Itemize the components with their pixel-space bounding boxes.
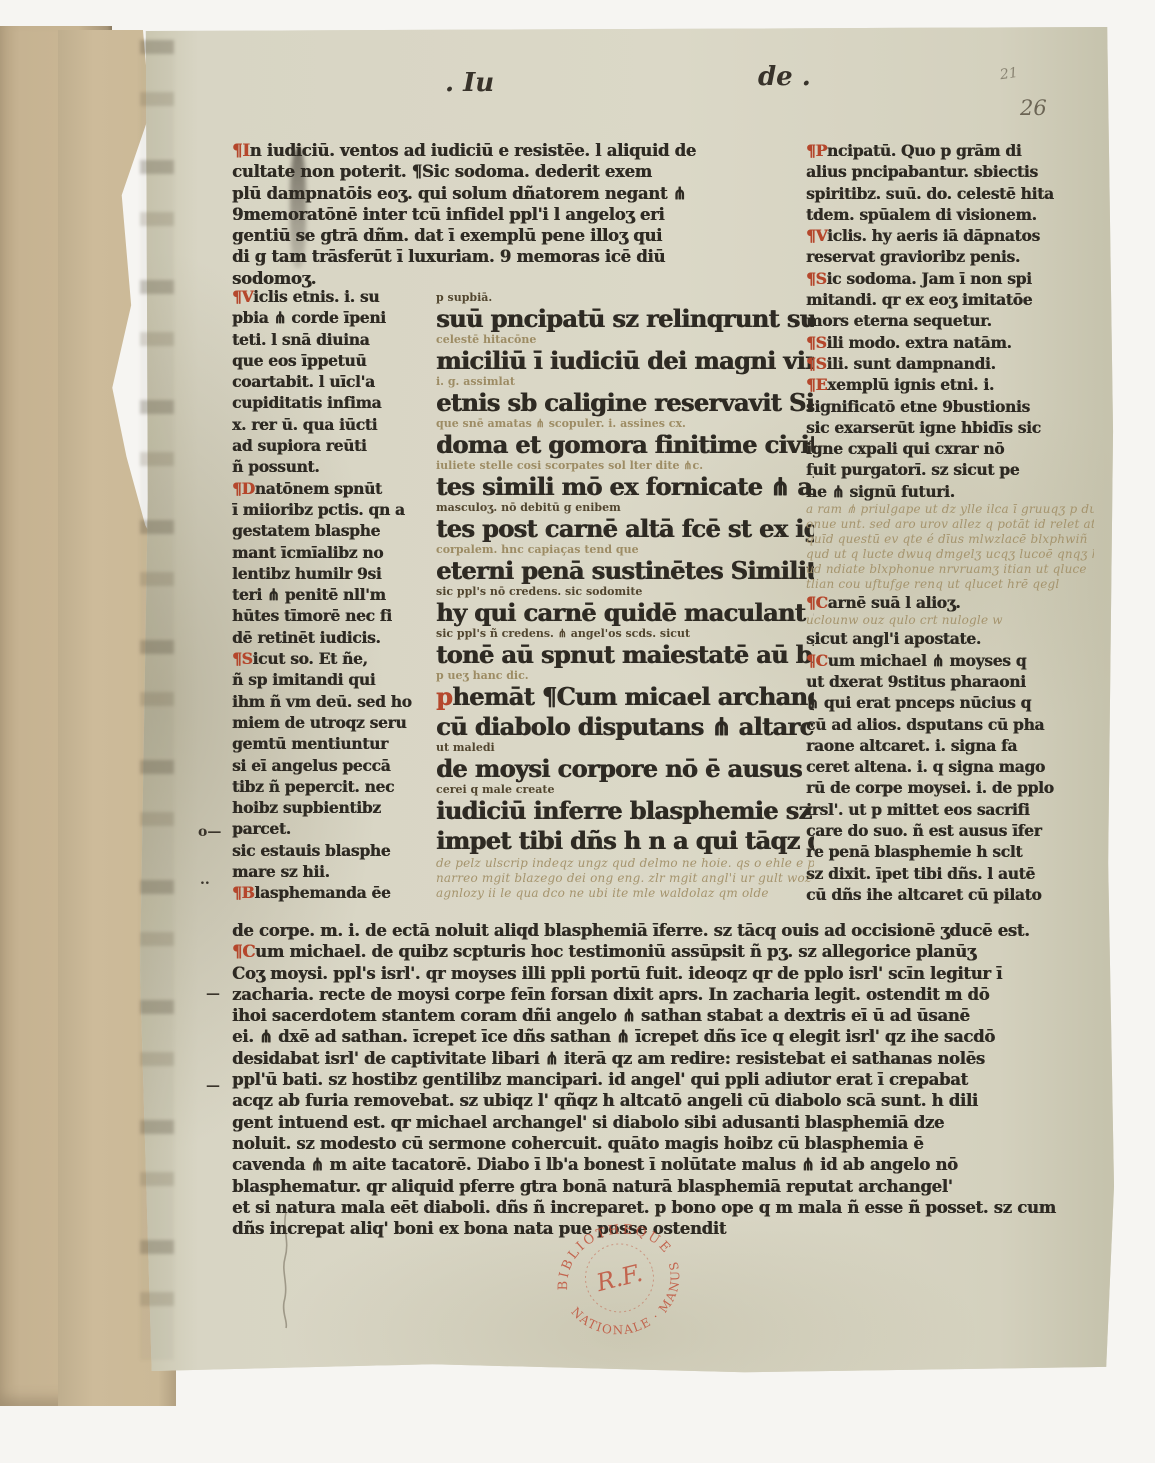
text-line: ¶Dnatōnem spnūt: [232, 478, 432, 499]
text-line: narreo mgit blazego dei ong eng. zlr mgi…: [436, 871, 814, 886]
text-line: ¶Viclis. hy aeris iā dāpnatos: [806, 225, 1094, 246]
right-gloss-column: ¶Pncipatū. Quo p grām dialius pncipabant…: [806, 140, 1094, 905]
running-title-right: de .: [758, 62, 811, 92]
text-line: ¶Sicut so. Et ñe,: [232, 648, 432, 669]
folio-number: 26: [1020, 96, 1047, 120]
text-line: de pelz ulscrip indeqz ungz qud delmo ne…: [436, 856, 814, 871]
margin-mark: —: [206, 1078, 220, 1094]
text-line: alius pncipabantur. sbiectis: [806, 161, 1094, 182]
text-line: spiritibz. suū. do. celestē hita: [806, 183, 1094, 204]
text-line: qud ut q lucte dwuq dmgelʒ ucqʒ lucoē qn…: [806, 547, 1094, 562]
text-line: doma et gomora finitime civita: [436, 430, 814, 460]
bottom-gloss-block: de corpe. m. i. de ectā noluit aliqd bla…: [232, 920, 1094, 1239]
text-line: ¶Sili modo. extra natām.: [806, 332, 1094, 353]
text-line: pbia ⋔ corde īpeni: [232, 307, 432, 328]
text-line: ¶Sili. sunt dampnandi.: [806, 353, 1094, 374]
text-line: iuliete stelle cosi scorpates sol lter d…: [436, 460, 814, 472]
text-line: raone altcaret. i. signa fa: [806, 735, 1094, 756]
text-line: ud ndiate blxphonue nrvruamʒ itian ut ql…: [806, 562, 1094, 577]
text-line: gentiū se gtrā dñm. dat ī exemplū pene i…: [232, 225, 807, 246]
text-line: sic exarserūt igne hbidīs sic: [806, 417, 1094, 438]
top-gloss-block: ¶In iudiciū. ventos ad iudiciū e resistē…: [232, 140, 807, 289]
margin-mark: o—: [198, 824, 221, 840]
text-line: tonē aū spnut maiestatē aū blas: [436, 640, 814, 670]
text-line: ñ sp imitandi qui: [232, 669, 432, 690]
text-line: rū de corpe moysei. i. de pplo: [806, 777, 1094, 798]
text-line: cū ad alios. dsputans cū pha: [806, 714, 1094, 735]
text-line: lentibz humilr 9si: [232, 563, 432, 584]
text-line: ¶Cum michael ⋔ moyses q: [806, 650, 1094, 671]
text-line: blasphematur. qr aliquid pferre gtra bon…: [232, 1176, 1094, 1197]
text-line: a ram ⋔ priulgape ut dz ylle ilca ī gruu…: [806, 502, 1094, 517]
text-line: ¶Exemplū ignis etni. i.: [806, 374, 1094, 395]
text-line: hy qui carnē quidē maculant dña: [436, 598, 814, 628]
margin-mark: —: [206, 986, 220, 1002]
text-line: celestē hitacōne: [436, 334, 814, 346]
text-line: ¶Pncipatū. Quo p grām di: [806, 140, 1094, 161]
text-line: acqz ab furia removebat. sz ubiqz l' qñq…: [232, 1090, 1094, 1111]
text-line: ī miioribz pctis. qn a: [232, 499, 432, 520]
text-line: de corpe. m. i. de ectā noluit aliqd bla…: [232, 920, 1094, 941]
text-line: care do suo. ñ est ausus īfer: [806, 820, 1094, 841]
text-line: sic estauis blasphe: [232, 840, 432, 861]
text-line: gent intuend est. qr michael archangel' …: [232, 1112, 1094, 1133]
text-line: ¶Viclis etnis. i. su: [232, 286, 432, 307]
text-line: i. g. assimlat: [436, 376, 814, 388]
running-title-left: . Iu: [445, 68, 494, 98]
text-line: mant īcmīalibz no: [232, 542, 432, 563]
text-line: gemtū mentiuntur: [232, 733, 432, 754]
text-line: ne ⋔ signū futuri.: [806, 481, 1094, 502]
text-line: desidabat isrl' de captivitate libari ⋔ …: [232, 1048, 1094, 1069]
text-line: cavenda ⋔ m aite tacatorē. Diabo ī lb'a …: [232, 1154, 1094, 1175]
text-line: uclounw ouz qulo crt nulogle w: [806, 613, 1094, 628]
text-line: quīd questū ev qte é dīus mlwzlacē blxph…: [806, 532, 1094, 547]
text-line: 9memoratōnē inter tcū infidel ppl'i l an…: [232, 204, 807, 225]
text-line: teti. l snā diuina: [232, 329, 432, 350]
text-line: sicut angl'i apostate.: [806, 628, 1094, 649]
text-line: di g tam trāsferūt ī luxuriam. 9 memoras…: [232, 246, 807, 267]
text-line: tes post carnē altā fcē st ex ignis: [436, 514, 814, 544]
text-line: phemāt ¶Cum micael archangl's: [436, 682, 814, 712]
text-line: hoibz supbientibz: [232, 797, 432, 818]
text-line: ut dxerat 9stitus pharaoni: [806, 671, 1094, 692]
text-line: miem de utroqz seru: [232, 712, 432, 733]
text-line: ei. ⋔ dxē ad sathan. īcrepet īce dñs sat…: [232, 1026, 1094, 1047]
text-line: que eos īppetuū: [232, 350, 432, 371]
text-line: p ueʒ hanc dic.: [436, 670, 814, 682]
text-line: parcet.: [232, 818, 432, 839]
text-line: ¶In iudiciū. ventos ad iudiciū e resistē…: [232, 140, 807, 161]
text-line: cerei q male create: [436, 784, 814, 796]
text-line: suū pncipatū sz relinqrunt suū do: [436, 304, 814, 334]
text-line: irsl'. ut p mittet eos sacrifi: [806, 799, 1094, 820]
text-line: eterni penā sustinētes Similit ⋔: [436, 556, 814, 586]
text-line: tlian cou uftufge renq ut qlucet hrē qeg…: [806, 577, 1094, 592]
text-line: zacharia. recte de moysi corpe feīn fors…: [232, 984, 1094, 1005]
text-line: ihm ñ vm deū. sed ho: [232, 691, 432, 712]
text-line: igne cxpali qui cxrar nō: [806, 438, 1094, 459]
text-line: mare sz hii.: [232, 861, 432, 882]
text-line: p supbiā.: [436, 292, 814, 304]
text-line: cū diabolo disputans ⋔ altarcet: [436, 712, 814, 742]
text-line: Coʒ moysi. ppl's isrl'. qr moyses illi p…: [232, 963, 1094, 984]
text-line: si eī angelus peccā: [232, 755, 432, 776]
text-line: onue unt. sed aro urov allez q potāt id …: [806, 517, 1094, 532]
gutter-stain: [140, 40, 174, 1360]
text-line: que snē amatas ⋔ scopuler. i. assines cx…: [436, 418, 814, 430]
text-line: masculoʒ. nō debitū g enibem: [436, 502, 814, 514]
text-line: ad supiora reūti: [232, 435, 432, 456]
text-line: etnis sb caligine reservavit Sic so: [436, 388, 814, 418]
text-line: ⋔ qui erat pnceps nūcius q: [806, 692, 1094, 713]
text-line: cū dñs ihe altcaret cū pilato: [806, 884, 1094, 905]
text-line: ñ possunt.: [232, 456, 432, 477]
text-line: ¶Carnē suā l alioʒ.: [806, 592, 1094, 613]
text-line: dē retinēt iudicis.: [232, 627, 432, 648]
text-line: sic ppl's nō credens. sic sodomite: [436, 586, 814, 598]
text-line: re penā blasphemie h sclt: [806, 841, 1094, 862]
left-gloss-column: ¶Viclis etnis. i. supbia ⋔ corde īpenite…: [232, 286, 432, 904]
text-line: teri ⋔ penitē nll'm: [232, 584, 432, 605]
margin-mark: ..: [200, 872, 210, 888]
text-line: gestatem blasphe: [232, 520, 432, 541]
text-line: de moysi corpore nō ē ausus: [436, 754, 814, 784]
text-line: ut maledi: [436, 742, 814, 754]
text-line: iudiciū inferre blasphemie sz dix: [436, 796, 814, 826]
text-line: tdem. spūalem di visionem.: [806, 204, 1094, 225]
text-line: mors eterna sequetur.: [806, 310, 1094, 331]
text-line: ppl'ū bati. sz hostibz gentilibz mancipa…: [232, 1069, 1094, 1090]
text-line: hūtes tīmorē nec fi: [232, 605, 432, 626]
text-line: sz dixit. īpet tibi dñs. l autē: [806, 863, 1094, 884]
text-line: ¶Blasphemanda ēe: [232, 882, 432, 903]
text-line: mitandi. qr ex eoʒ imitatōe: [806, 289, 1094, 310]
text-line: miciliū ī iudiciū dei magni vinclis: [436, 346, 814, 376]
text-line: reservat gravioribz penis.: [806, 246, 1094, 267]
center-text-column: p supbiā.suū pncipatū sz relinqrunt suū …: [436, 292, 814, 901]
pen-trial-mark: [278, 1210, 294, 1330]
text-line: ¶Sic sodoma. Jam ī non spi: [806, 268, 1094, 289]
text-line: x. rer ū. qua iūcti: [232, 414, 432, 435]
text-line: ihoi sacerdotem stantem coram dñi angelo…: [232, 1005, 1094, 1026]
stamp-center-text: R.F.: [593, 1259, 646, 1298]
text-line: ceret altena. i. q signa mago: [806, 756, 1094, 777]
text-line: cupiditatis infima: [232, 392, 432, 413]
text-line: significatō etne 9bustionis: [806, 396, 1094, 417]
text-line: tibz ñ pepercit. nec: [232, 776, 432, 797]
text-line: coartabit. l uīcl'a: [232, 371, 432, 392]
text-line: noluit. sz modesto cū sermone cohercuit.…: [232, 1133, 1094, 1154]
text-line: corpalem. hnc capiaças tend que: [436, 544, 814, 556]
text-line: tes simili mō ex fornicate ⋔ abeun: [436, 472, 814, 502]
text-line: impet tibi dñs h n a qui tāqz qdē: [436, 826, 814, 856]
text-line: plū dampnatōis eoʒ. qui solum dñatorem n…: [232, 183, 807, 204]
text-line: fuit purgatorī. sz sicut pe: [806, 459, 1094, 480]
corner-mark: 21: [999, 65, 1019, 83]
text-line: agnlozy ii le qua dco ne ubi ite mle wal…: [436, 886, 814, 901]
text-line: sic ppl's ñ credens. ⋔ angel'os scds. si…: [436, 628, 814, 640]
text-line: cultate non poterit. ¶Sic sodoma. dederi…: [232, 161, 807, 182]
text-line: ¶Cum michael. de quibz scpturis hoc test…: [232, 941, 1094, 962]
